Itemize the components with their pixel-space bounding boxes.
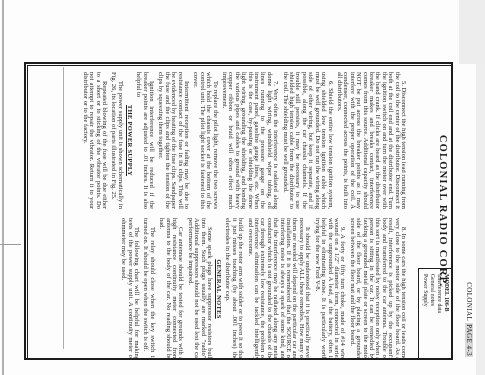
model-number: MODEL 106-B xyxy=(442,274,449,358)
page-number-value: PAGE 4-3 xyxy=(465,323,473,357)
body-paragraph: Repeated blowing of the fuse will be due… xyxy=(81,72,107,209)
body-paragraph: The following chart will be helpful for … xyxy=(120,218,139,360)
body-paragraph: 7. Very often the interference is radiat… xyxy=(221,72,279,209)
body-paragraph: Ignition interference will be reduced if… xyxy=(135,72,154,209)
section-heading: THE POWER SUPPLY xyxy=(125,72,131,209)
content-border-box: COLONIAL RADIO CORP. MODEL 106-B Interfe… xyxy=(24,62,453,360)
text-column-left: 5. Disconnect the high tension lead runn… xyxy=(20,72,406,209)
body-paragraph: build up the rotor arm with solder or to… xyxy=(224,218,243,360)
body-paragraph: Car antennae should be tested for ground… xyxy=(158,218,184,360)
scan-registration-tick xyxy=(0,244,21,245)
text-column-right: 8. In some cars the high tension coil or… xyxy=(20,218,406,360)
model-index-box: MODEL 106-B Interference data General no… xyxy=(418,268,451,358)
document-sheet: COLONIAL PAGE 4-3 COLONIAL RADIO CORP. M… xyxy=(0,0,485,375)
body-paragraph: To replace the pilot light, remove the t… xyxy=(192,72,218,209)
body-paragraph: 5. Disconnect the high tension lead runn… xyxy=(336,72,406,209)
paper-crease-line xyxy=(63,67,64,349)
index-line: General notes xyxy=(428,274,435,358)
index-line: Power Supply xyxy=(421,274,428,358)
body-paragraph: 8. In some cars the high tension coil or… xyxy=(348,218,406,360)
page-number-publisher: COLONIAL xyxy=(465,282,473,321)
scan-edge-line xyxy=(2,0,4,375)
body-paragraph: 9. A forty or fifty turn choke, made of … xyxy=(313,218,345,360)
body-paragraph: Intermittent reception or fading may be … xyxy=(157,72,189,209)
body-paragraph: The relay should close when the key swit… xyxy=(142,218,155,360)
scanned-manual-page: COLONIAL PAGE 4-3 COLONIAL RADIO CORP. M… xyxy=(0,0,485,375)
body-paragraph: The power supply unit is shown schematic… xyxy=(110,72,123,209)
section-heading: GENERAL NOTES xyxy=(215,218,221,360)
body-paragraph: 6. Shield the entire low tension ignitio… xyxy=(281,72,332,209)
scan-shadow-right-edge xyxy=(476,0,485,375)
index-line: Interference data xyxy=(435,274,442,358)
page-number: COLONIAL PAGE 4-3 xyxy=(465,282,473,357)
body-paragraph: Some spark plugs have suppressor resisto… xyxy=(187,218,213,360)
body-paragraph: It should be understood that it is pract… xyxy=(246,218,310,360)
